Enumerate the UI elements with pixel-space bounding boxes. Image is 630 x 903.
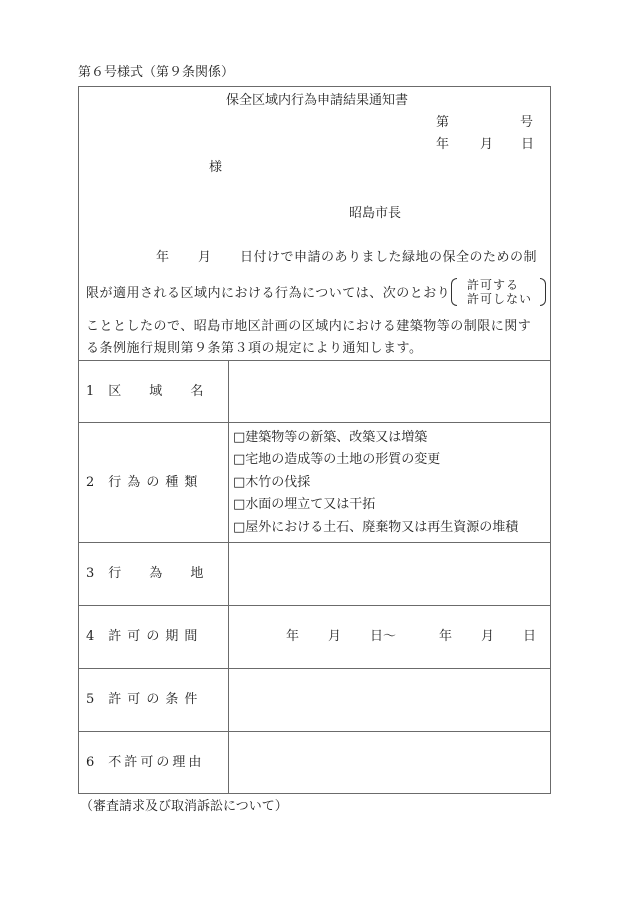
period-to-month: 月 (481, 630, 494, 643)
label-char: 種 (165, 476, 178, 489)
label-char: 許 (108, 630, 121, 643)
label-char: 区 (108, 385, 121, 398)
label-char: 地 (190, 567, 203, 580)
period-from-month: 月 (328, 630, 341, 643)
row-divider (78, 422, 551, 423)
row-number: 1 (86, 385, 94, 398)
body-line1-month: 月 (198, 251, 212, 264)
checkbox-icon[interactable]: □ (233, 475, 245, 490)
appeal-note: （審査請求及び取消訴訟について） (80, 800, 288, 813)
row-label-area-name: 1区域名 (86, 385, 203, 398)
row-number: 3 (86, 567, 94, 580)
row-number: 6 (86, 756, 94, 769)
body-line2-text: 限が適用される区域内における行為については、次のとおり (86, 287, 450, 300)
label-char: 行 (108, 567, 121, 580)
checkbox-option-building[interactable]: □建築物等の新築、改築又は増築 (233, 431, 427, 444)
document-title: 保全区域内行為申請結果通知書 (226, 94, 408, 107)
row-number: 2 (86, 476, 94, 489)
label-char: 可 (140, 756, 153, 769)
area-name-field[interactable] (229, 361, 550, 422)
label-char: の (146, 476, 159, 489)
period-to-year: 年 (439, 630, 452, 643)
row-number: 5 (86, 693, 94, 706)
checkbox-icon[interactable]: □ (233, 430, 245, 445)
period-from-day: 日～ (370, 630, 396, 643)
left-paren-bracket (451, 278, 457, 306)
act-location-field[interactable] (229, 543, 550, 605)
option-permit: 許可する (467, 279, 519, 291)
number-suffix: 号 (520, 116, 533, 129)
label-char: 間 (184, 630, 197, 643)
label-char: 理 (172, 756, 185, 769)
period-to-day: 日 (523, 630, 536, 643)
addressee-suffix: 様 (209, 161, 222, 174)
label-char: 条 (165, 693, 178, 706)
body-line1-year: 年 (156, 251, 170, 264)
date-month: 月 (480, 138, 493, 151)
checkbox-icon[interactable]: □ (233, 452, 245, 467)
checkbox-label: 建築物等の新築、改築又は増築 (245, 430, 427, 445)
date-day: 日 (521, 138, 534, 151)
checkbox-label: 水面の埋立て又は干拓 (245, 497, 375, 512)
body-line1-text: 日付けで申請のありました緑地の保全のための制 (240, 251, 537, 264)
label-char: の (146, 630, 159, 643)
label-char: 名 (190, 385, 203, 398)
label-char: の (156, 756, 169, 769)
checkbox-option-reclamation[interactable]: □水面の埋立て又は干拓 (233, 498, 375, 511)
denial-reason-field[interactable] (229, 732, 550, 793)
row-label-permit-period: 4許可の期間 (86, 630, 197, 643)
label-char: 不 (108, 756, 121, 769)
row-label-act-location: 3行為地 (86, 567, 203, 580)
issuer-name: 昭島市長 (349, 207, 401, 220)
label-char: 類 (184, 476, 197, 489)
permit-conditions-field[interactable] (229, 669, 550, 731)
label-char: 為 (149, 567, 162, 580)
body-line4-text: る条例施行規則第９条第３項の規定により通知します。 (86, 342, 422, 355)
row-label-act-type: 2行為の種類 (86, 476, 197, 489)
checkbox-option-tree-felling[interactable]: □木竹の伐採 (233, 476, 310, 489)
label-char: 為 (127, 476, 140, 489)
body-line3-text: こととしたので、昭島市地区計画の区域内における建築物等の制限に関す (86, 320, 531, 333)
checkbox-option-outdoor-storage[interactable]: □屋外における土石、廃棄物又は再生資源の堆積 (233, 521, 518, 534)
row-divider (78, 605, 551, 606)
option-deny: 許可しない (467, 293, 532, 305)
label-char: 期 (165, 630, 178, 643)
label-char: 行 (108, 476, 121, 489)
number-prefix: 第 (436, 116, 449, 129)
checkbox-option-land-alteration[interactable]: □宅地の造成等の土地の形質の変更 (233, 453, 440, 466)
label-char: 域 (149, 385, 162, 398)
checkbox-label: 宅地の造成等の土地の形質の変更 (245, 452, 440, 467)
label-char: 許 (108, 693, 121, 706)
label-char: 件 (184, 693, 197, 706)
checkbox-icon[interactable]: □ (233, 497, 245, 512)
label-char: 許 (124, 756, 137, 769)
period-from-year: 年 (286, 630, 299, 643)
checkbox-label: 屋外における土石、廃棄物又は再生資源の堆積 (245, 520, 518, 535)
label-char: の (146, 693, 159, 706)
row-number: 4 (86, 630, 94, 643)
checkbox-label: 木竹の伐採 (245, 475, 310, 490)
label-char: 可 (127, 693, 140, 706)
row-label-denial-reason: 6不許可の理由 (86, 756, 201, 769)
label-char: 由 (188, 756, 201, 769)
right-paren-bracket (540, 278, 546, 306)
label-char: 可 (127, 630, 140, 643)
row-label-permit-conditions: 5許可の条件 (86, 693, 197, 706)
checkbox-icon[interactable]: □ (233, 520, 245, 535)
form-number-label: 第６号様式（第９条関係） (78, 66, 234, 79)
date-year: 年 (436, 138, 449, 151)
decision-bracket: 許可する 許可しない (451, 278, 546, 308)
